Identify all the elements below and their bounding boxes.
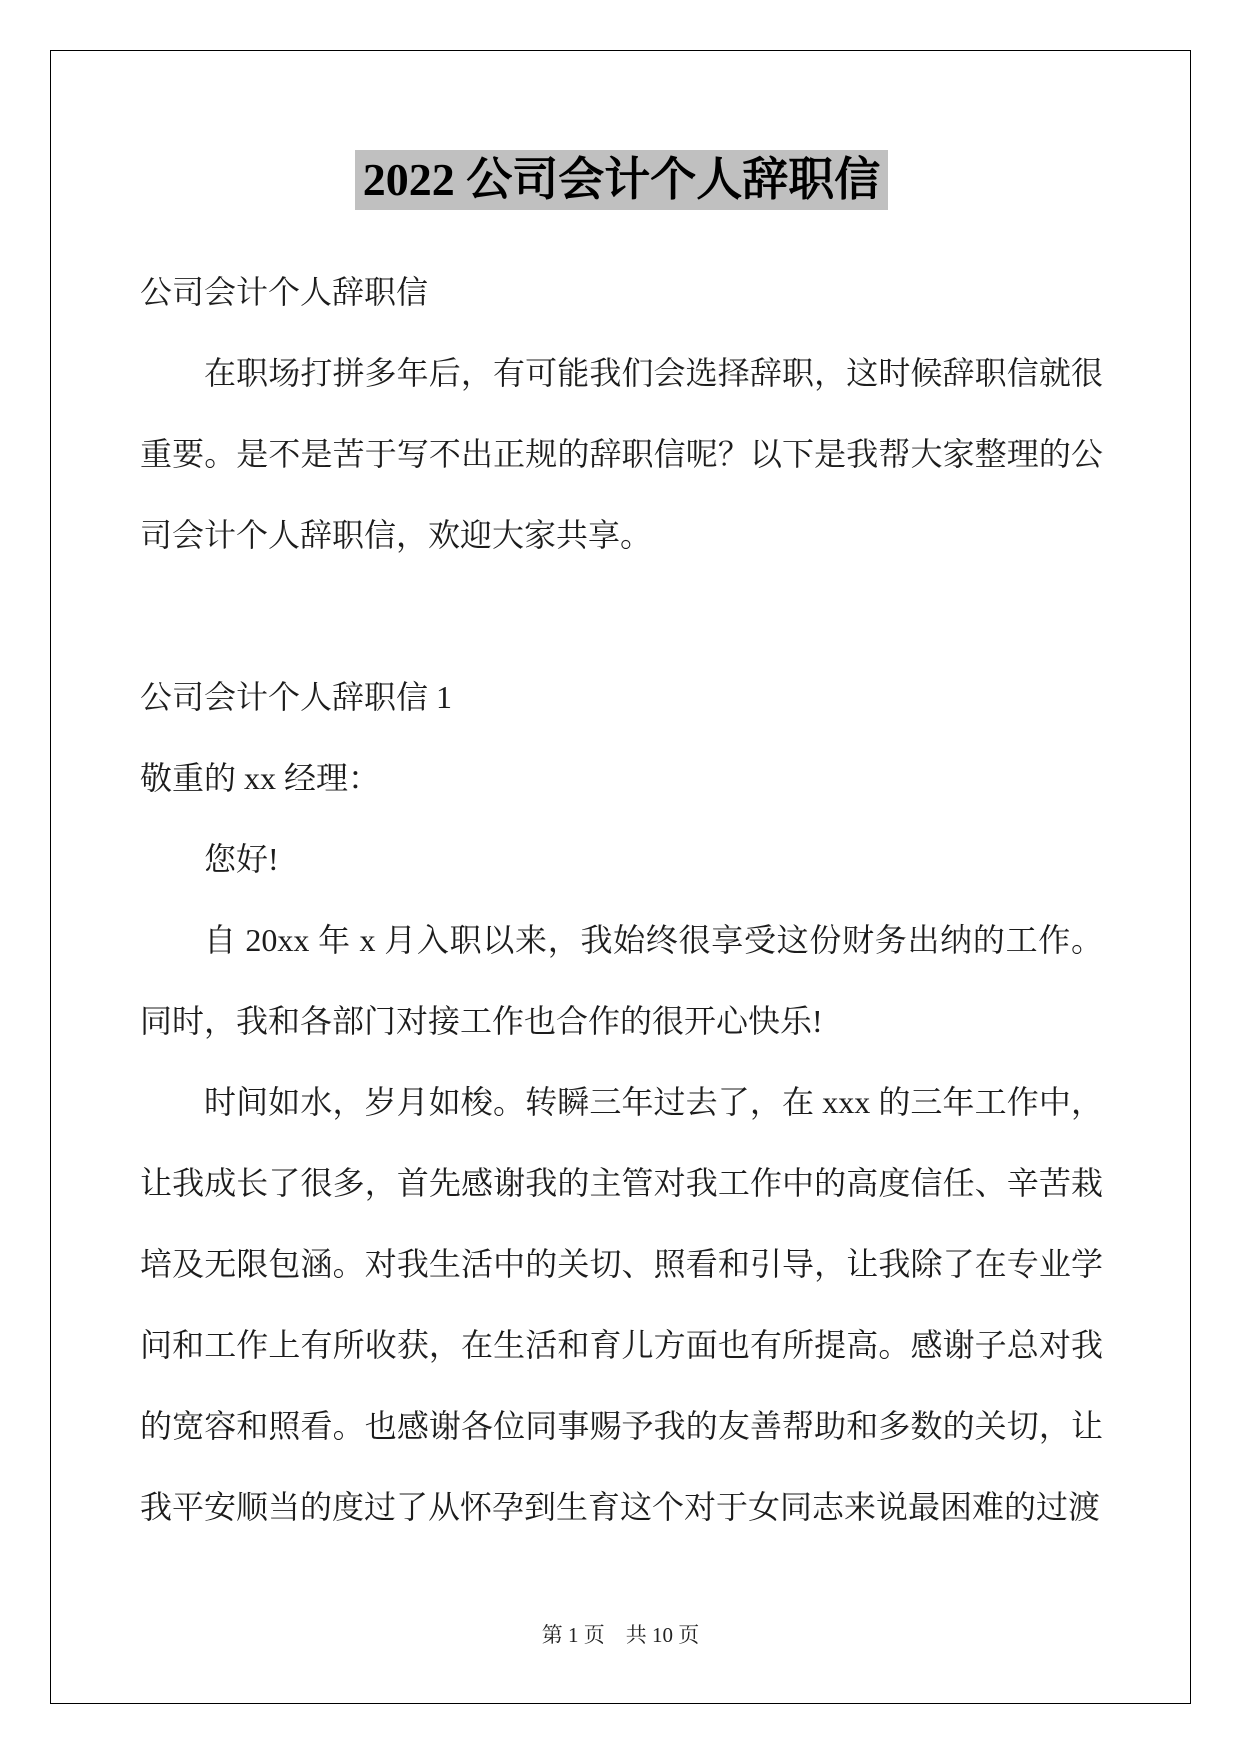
paragraph-body-2: 时间如水，岁月如梭。转瞬三年过去了，在 xxx 的三年工作中，让我成长了很多，首… xyxy=(140,1062,1103,1548)
blank-line xyxy=(140,576,1103,657)
document-body: 公司会计个人辞职信 在职场打拼多年后，有可能我们会选择辞职，这时候辞职信就很重要… xyxy=(140,252,1103,1548)
page-footer: 第 1 页 共 10 页 xyxy=(0,1620,1241,1650)
paragraph-section-heading: 公司会计个人辞职信 1 xyxy=(140,657,1103,738)
paragraph-body-1: 自 20xx 年 x 月入职以来，我始终很享受这份财务出纳的工作。同时，我和各部… xyxy=(140,900,1103,1062)
title-row: 2022 公司会计个人辞职信 xyxy=(140,150,1103,210)
paragraph-salutation: 敬重的 xx 经理： xyxy=(140,738,1103,819)
document-page: 2022 公司会计个人辞职信 公司会计个人辞职信 在职场打拼多年后，有可能我们会… xyxy=(0,0,1241,1754)
paragraph-lead: 公司会计个人辞职信 xyxy=(140,252,1103,333)
paragraph-intro: 在职场打拼多年后，有可能我们会选择辞职，这时候辞职信就很重要。是不是苦于写不出正… xyxy=(140,333,1103,576)
document-title: 2022 公司会计个人辞职信 xyxy=(355,150,889,210)
paragraph-greeting: 您好! xyxy=(140,819,1103,900)
